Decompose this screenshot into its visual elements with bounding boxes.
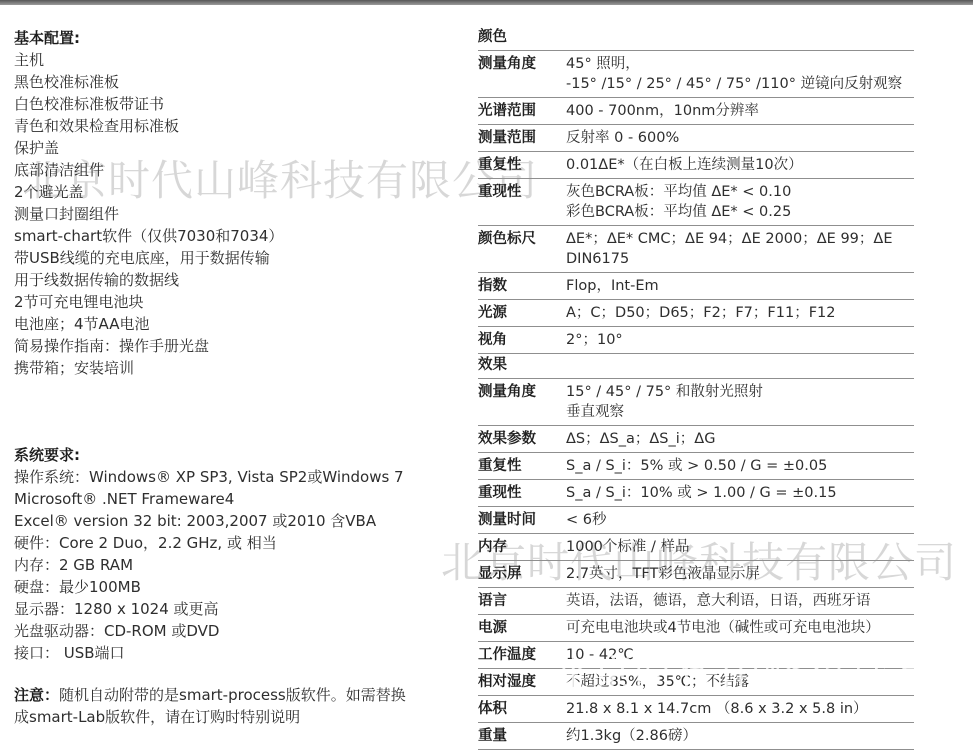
spec-row-value: 反射率 0 - 600% <box>566 128 914 148</box>
spec-row-value: A；C；D50；D65；F2；F7；F11；F12 <box>566 303 914 323</box>
spec-row: 测量时间 < 6秒 <box>478 507 914 534</box>
basic-config-title: 基本配置: <box>14 27 472 49</box>
spec-row: 重复性 S_a / S_i：5% 或 > 0.50 / G = ±0.05 <box>478 453 914 480</box>
spec-row-label: 光谱范围 <box>478 101 566 121</box>
spec-row-value: 400 - 700nm，10nm分辨率 <box>566 101 914 121</box>
spec-row: 测量角度 15° / 45° / 75° 和散射光照射 垂直观察 <box>478 379 914 426</box>
spec-row: 颜色标尺 ΔE*；ΔE* CMC；ΔE 94；ΔE 2000；ΔE 99；ΔE … <box>478 226 914 273</box>
spec-row-label: 效果参数 <box>478 429 566 449</box>
basic-config-item: 电池座；4节AA电池 <box>14 313 472 335</box>
system-requirement-item: 硬盘：最少100MB <box>14 576 472 598</box>
basic-config-item: 底部清洁组件 <box>14 159 472 181</box>
spec-row-label: 语言 <box>478 591 566 611</box>
spec-row-value: Flop，Int-Em <box>566 276 914 296</box>
spec-row: 电源 可充电电池块或4节电池（碱性或可充电电池块） <box>478 615 914 642</box>
spec-row-value: 不超过85%，35℃；不结露 <box>566 672 914 692</box>
spec-row-label: 电源 <box>478 618 566 638</box>
note-paragraph: 注意：随机自动附带的是smart-process版软件。如需替换 成smart-… <box>14 684 472 728</box>
spec-row-value: 约1.3kg（2.86磅） <box>566 726 914 746</box>
spec-row-value: < 6秒 <box>566 510 914 530</box>
spec-row: 重现性 灰色BCRA板：平均值 ΔE* < 0.10 彩色BCRA板：平均值 Δ… <box>478 179 914 226</box>
spec-row-label: 测量角度 <box>478 382 566 422</box>
system-requirement-item: 硬件：Core 2 Duo，2.2 GHz, 或 相当 <box>14 532 472 554</box>
spec-row: 测量角度 45° 照明， -15° /15° / 25° / 45° / 75°… <box>478 51 914 98</box>
spec-row: 重量 约1.3kg（2.86磅） <box>478 723 914 750</box>
spec-row-label: 重现性 <box>478 182 566 222</box>
spec-row: 颜色 <box>478 26 914 51</box>
basic-config-item: 携带箱；安装培训 <box>14 357 472 379</box>
system-requirements-section: 系统要求: 操作系统：Windows® XP SP3, Vista SP2或Wi… <box>14 444 472 664</box>
system-requirement-item: 内存：2 GB RAM <box>14 554 472 576</box>
spec-row-value: 10 - 42℃ <box>566 645 914 665</box>
spec-row: 测量范围 反射率 0 - 600% <box>478 125 914 152</box>
note-label: 注意： <box>14 686 59 704</box>
spec-row-value: 1000个标准 / 样品 <box>566 537 914 557</box>
system-requirements-list: 操作系统：Windows® XP SP3, Vista SP2或Windows … <box>14 466 472 664</box>
basic-config-item: smart-chart软件（仅供7030和7034） <box>14 225 472 247</box>
spec-row: 指数 Flop，Int-Em <box>478 273 914 300</box>
basic-config-item: 主机 <box>14 49 472 71</box>
spec-row-value: 21.8 x 8.1 x 14.7cm （8.6 x 3.2 x 5.8 in） <box>566 699 914 719</box>
spec-row-label: 重现性 <box>478 483 566 503</box>
spec-row-value: 灰色BCRA板：平均值 ΔE* < 0.10 彩色BCRA板：平均值 ΔE* <… <box>566 182 914 222</box>
spec-row: 内存 1000个标准 / 样品 <box>478 534 914 561</box>
scan-top-edge <box>0 0 973 5</box>
system-requirement-item: 显示器：1280 x 1024 或更高 <box>14 598 472 620</box>
spec-row-label: 重复性 <box>478 155 566 175</box>
spec-row-label: 指数 <box>478 276 566 296</box>
basic-config-item: 2个避光盖 <box>14 181 472 203</box>
spec-row-value: S_a / S_i：5% 或 > 0.50 / G = ±0.05 <box>566 456 914 476</box>
spec-row-label: 测量范围 <box>478 128 566 148</box>
spec-row: 语言 英语，法语，德语，意大利语，日语，西班牙语 <box>478 588 914 615</box>
spec-row-value: 0.01ΔE*（在白板上连续测量10次） <box>566 155 914 175</box>
spec-row: 效果 <box>478 354 914 379</box>
basic-config-list: 主机 黑色校准标准板 白色校准标准板带证书 青色和效果检查用标准板 保护盖 底部… <box>14 49 472 379</box>
spec-row-value: 2°；10° <box>566 330 914 350</box>
basic-config-item: 白色校准标准板带证书 <box>14 93 472 115</box>
system-requirements-title: 系统要求: <box>14 444 472 466</box>
spec-row-value: ΔE*；ΔE* CMC；ΔE 94；ΔE 2000；ΔE 99；ΔE DIN61… <box>566 229 914 269</box>
system-requirement-item: Excel® version 32 bit: 2003,2007 或2010 含… <box>14 510 472 532</box>
spec-row: 光谱范围 400 - 700nm，10nm分辨率 <box>478 98 914 125</box>
spec-row-label: 工作温度 <box>478 645 566 665</box>
spec-row-value: S_a / S_i：10% 或 > 1.00 / G = ±0.15 <box>566 483 914 503</box>
basic-config-item: 黑色校准标准板 <box>14 71 472 93</box>
spec-row-label: 显示屏 <box>478 564 566 584</box>
system-requirement-item: 光盘驱动器：CD-ROM 或DVD <box>14 620 472 642</box>
basic-config-item: 2节可充电锂电池块 <box>14 291 472 313</box>
spec-row-label: 效果 <box>478 355 566 375</box>
basic-config-item: 测量口封圈组件 <box>14 203 472 225</box>
spec-row-value: 可充电电池块或4节电池（碱性或可充电电池块） <box>566 618 914 638</box>
spec-row-value: 45° 照明， -15° /15° / 25° / 45° / 75° /110… <box>566 54 914 94</box>
basic-config-item: 带USB线缆的充电底座，用于数据传输 <box>14 247 472 269</box>
spec-row: 重复性 0.01ΔE*（在白板上连续测量10次） <box>478 152 914 179</box>
spec-row-label: 重量 <box>478 726 566 746</box>
spec-sheet-page: { "watermark": { "text": "北京时代山峰科技有限公司" … <box>0 0 973 750</box>
basic-config-item: 青色和效果检查用标准板 <box>14 115 472 137</box>
system-requirement-item: Microsoft® .NET Frameware4 <box>14 488 472 510</box>
basic-config-item: 简易操作指南：操作手册光盘 <box>14 335 472 357</box>
spec-row-label: 视角 <box>478 330 566 350</box>
spec-row-label: 重复性 <box>478 456 566 476</box>
spec-row-label: 测量时间 <box>478 510 566 530</box>
spec-row-label: 光源 <box>478 303 566 323</box>
note-section: 注意：随机自动附带的是smart-process版软件。如需替换 成smart-… <box>14 684 472 728</box>
spec-row: 显示屏 2.7英寸，TFT彩色液晶显示屏 <box>478 561 914 588</box>
spec-row-value: 2.7英寸，TFT彩色液晶显示屏 <box>566 564 914 584</box>
spec-row: 相对湿度 不超过85%，35℃；不结露 <box>478 669 914 696</box>
spec-row: 视角 2°；10° <box>478 327 914 354</box>
spec-row: 效果参数 ΔS；ΔS_a；ΔS_i；ΔG <box>478 426 914 453</box>
spec-row-label: 内存 <box>478 537 566 557</box>
spec-row-label: 相对湿度 <box>478 672 566 692</box>
system-requirement-item: 操作系统：Windows® XP SP3, Vista SP2或Windows … <box>14 466 472 488</box>
spec-row: 体积 21.8 x 8.1 x 14.7cm （8.6 x 3.2 x 5.8 … <box>478 696 914 723</box>
spec-table: 颜色 测量角度 45° 照明， -15° /15° / 25° / 45° / … <box>478 26 914 750</box>
basic-config-item: 保护盖 <box>14 137 472 159</box>
spec-row: 工作温度 10 - 42℃ <box>478 642 914 669</box>
basic-config-section: 基本配置: 主机 黑色校准标准板 白色校准标准板带证书 青色和效果检查用标准板 … <box>14 27 472 379</box>
spec-row-label: 测量角度 <box>478 54 566 94</box>
system-requirement-item: 接口： USB端口 <box>14 642 472 664</box>
spec-row-value: 英语，法语，德语，意大利语，日语，西班牙语 <box>566 591 914 611</box>
basic-config-item: 用于线数据传输的数据线 <box>14 269 472 291</box>
spec-row-label: 颜色标尺 <box>478 229 566 269</box>
note-text: 随机自动附带的是smart-process版软件。如需替换 成smart-Lab… <box>14 686 406 726</box>
spec-row-value: 15° / 45° / 75° 和散射光照射 垂直观察 <box>566 382 914 422</box>
spec-row-label: 颜色 <box>478 27 566 47</box>
spec-row: 重现性 S_a / S_i：10% 或 > 1.00 / G = ±0.15 <box>478 480 914 507</box>
spec-row-label: 体积 <box>478 699 566 719</box>
spec-row-value: ΔS；ΔS_a；ΔS_i；ΔG <box>566 429 914 449</box>
spec-row: 光源 A；C；D50；D65；F2；F7；F11；F12 <box>478 300 914 327</box>
